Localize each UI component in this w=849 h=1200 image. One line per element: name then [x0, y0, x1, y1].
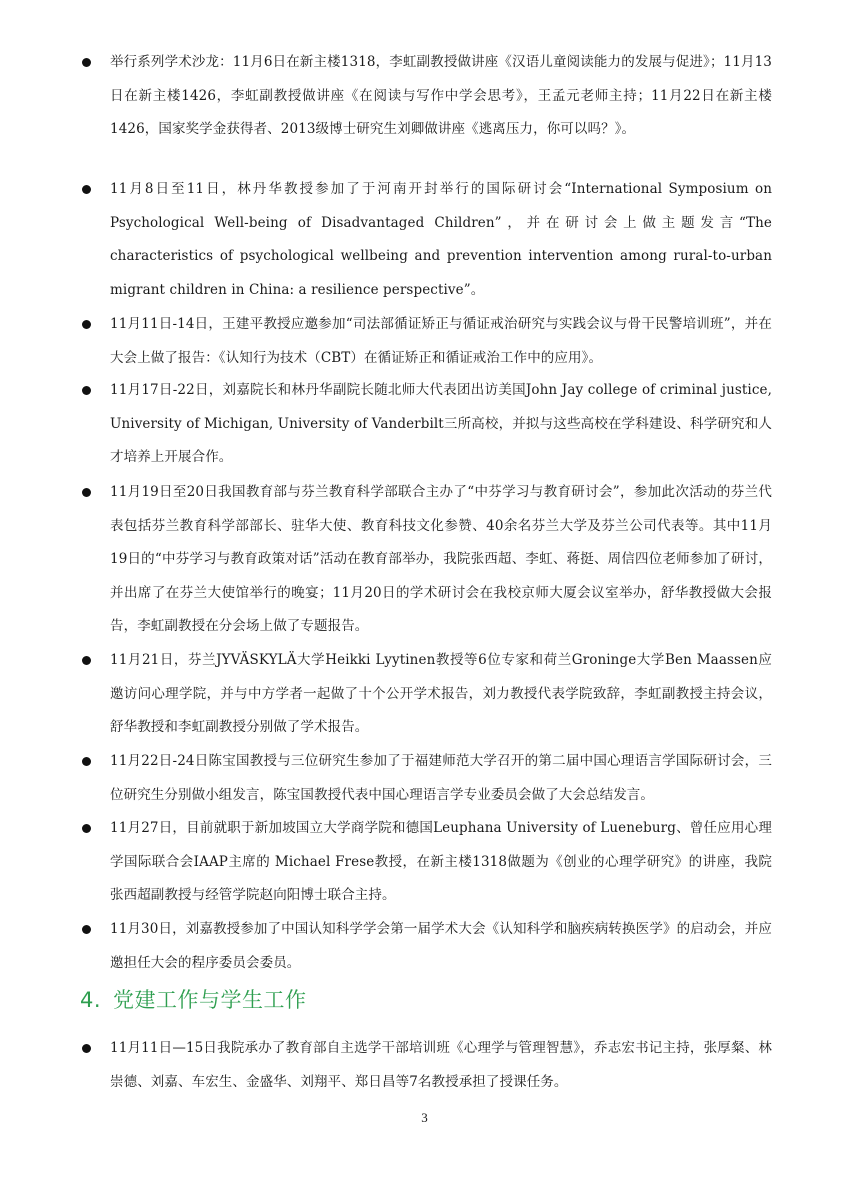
bullet-icon — [82, 185, 91, 194]
list-item-text: 11月27日，目前就职于新加坡国立大学商学院和德国Leuphana Univer… — [110, 812, 772, 913]
list-item: 11月27日，目前就职于新加坡国立大学商学院和德国Leuphana Univer… — [82, 812, 772, 913]
bullet-icon — [82, 757, 91, 766]
list-item: 11月17日-22日，刘嘉院长和林丹华副院长随北师大代表团出访美国John Ja… — [82, 374, 772, 475]
section-title: 党建工作与学生工作 — [113, 988, 307, 1012]
list-item: 11月11日—15日我院承办了教育部自主选学干部培训班《心理学与管理智慧》，乔志… — [82, 1032, 772, 1099]
list-item: 11月30日，刘嘉教授参加了中国认知科学学会第一届学术大会《认知科学和脑疾病转换… — [82, 913, 772, 980]
section-heading: 4.党建工作与学生工作 — [80, 984, 307, 1014]
list-item-text: 11月21日，芬兰JYVÄSKYLÄ大学Heikki Lyytinen教授等6位… — [110, 644, 772, 745]
bullet-icon — [82, 656, 91, 665]
bullet-icon — [82, 386, 91, 395]
list-item-text: 11月8日至11日，林丹华教授参加了于河南开封举行的国际研讨会“Internat… — [110, 173, 772, 307]
list-item-text: 11月19日至20日我国教育部与芬兰教育科学部联合主办了“中芬学习与教育研讨会”… — [110, 476, 772, 644]
list-item: 11月11日-14日，王建平教授应邀参加“司法部循证矫正与循证戒治研究与实践会议… — [82, 308, 772, 375]
bullet-icon — [82, 925, 91, 934]
list-item-text: 11月11日—15日我院承办了教育部自主选学干部培训班《心理学与管理智慧》，乔志… — [110, 1032, 772, 1099]
list-item: 11月8日至11日，林丹华教授参加了于河南开封举行的国际研讨会“Internat… — [82, 173, 772, 307]
list-item: 11月21日，芬兰JYVÄSKYLÄ大学Heikki Lyytinen教授等6位… — [82, 644, 772, 745]
bullet-icon — [82, 824, 91, 833]
list-item-text: 11月22日-24日陈宝国教授与三位研究生参加了于福建师范大学召开的第二届中国心… — [110, 745, 772, 812]
document-page: 举行系列学术沙龙：11月6日在新主楼1318，李虹副教授做讲座《汉语儿童阅读能力… — [0, 0, 849, 1200]
list-item-text: 11月11日-14日，王建平教授应邀参加“司法部循证矫正与循证戒治研究与实践会议… — [110, 308, 772, 375]
page-number: 3 — [0, 1110, 849, 1126]
list-item: 11月22日-24日陈宝国教授与三位研究生参加了于福建师范大学召开的第二届中国心… — [82, 745, 772, 812]
section-number: 4. — [80, 988, 101, 1012]
bullet-icon — [82, 1044, 91, 1053]
bullet-icon — [82, 58, 91, 67]
list-item: 举行系列学术沙龙：11月6日在新主楼1318，李虹副教授做讲座《汉语儿童阅读能力… — [82, 46, 772, 147]
list-item-text: 11月17日-22日，刘嘉院长和林丹华副院长随北师大代表团出访美国John Ja… — [110, 374, 772, 475]
bullet-icon — [82, 320, 91, 329]
list-item-text: 举行系列学术沙龙：11月6日在新主楼1318，李虹副教授做讲座《汉语儿童阅读能力… — [110, 46, 772, 147]
list-item-text: 11月30日，刘嘉教授参加了中国认知科学学会第一届学术大会《认知科学和脑疾病转换… — [110, 913, 772, 980]
list-item: 11月19日至20日我国教育部与芬兰教育科学部联合主办了“中芬学习与教育研讨会”… — [82, 476, 772, 644]
bullet-icon — [82, 488, 91, 497]
